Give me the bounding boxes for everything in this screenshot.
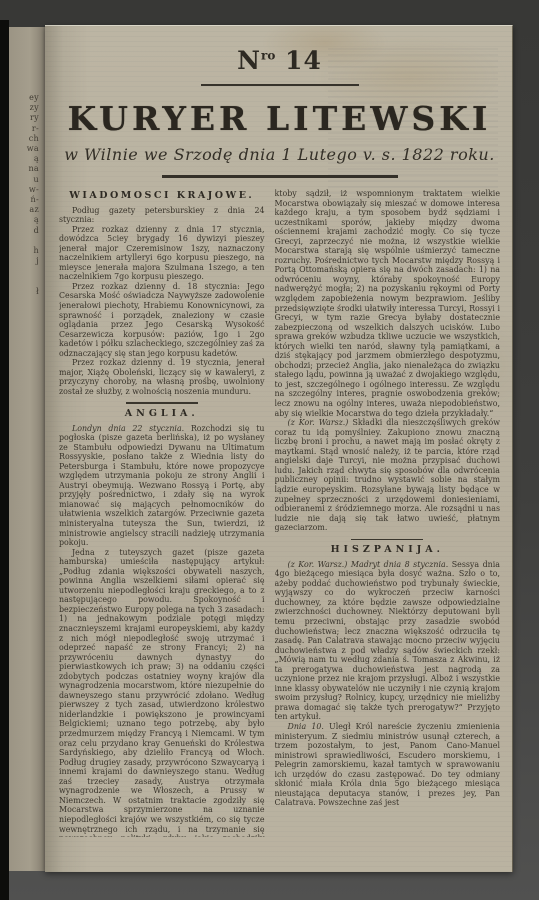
news-paragraph: Przez rozkaz dzienny z dnia 17 stycznia,… [59, 225, 265, 282]
left-column: WIADOMOSCI KRAJOWE. Podług gazety peters… [59, 189, 265, 837]
adjacent-page-text-fragments: ey zy ry r- ch wa ą na u w- ń- az ą d h … [27, 93, 39, 297]
issue-superscript: ro [261, 49, 275, 63]
masthead-divider-thick [162, 175, 398, 178]
dateline-lead: Londyn dnia 22 stycznia. [72, 424, 184, 433]
correspondent-lead: (z Kor. Warsz.) [288, 418, 349, 427]
news-paragraph: Podług gazety petersburskiey z dnia 24 s… [59, 206, 265, 225]
section-heading-hiszpanija: HISZPANIJA. [275, 545, 500, 555]
section-heading-anglia: ANGLIA. [59, 409, 265, 419]
newspaper-title: KURYER LITEWSKI [59, 99, 500, 138]
news-paragraph: Przez rozkaz dzienny d. 19 stycznia, jen… [59, 358, 265, 396]
paragraph-text: Rozchodzi się tu pogłoska (pisze gazeta … [59, 424, 265, 548]
news-paragraph: (z Kor. Warsz.) Składki dla nieszczęśliw… [275, 418, 500, 533]
news-paragraph: Przez rozkaz dzienny d. 18 stycznia: Jeg… [59, 282, 265, 358]
section-divider [126, 402, 198, 404]
right-column: ktoby sądził, iż wspomnionym traktatem w… [275, 189, 500, 837]
section-divider [351, 539, 423, 541]
adjacent-page-sliver: ey zy ry r- ch wa ą na u w- ń- az ą d h … [9, 27, 47, 871]
book-spine-edge [0, 20, 9, 900]
article-columns: WIADOMOSCI KRAJOWE. Podług gazety peters… [59, 189, 500, 837]
scan-backdrop: ey zy ry r- ch wa ą na u w- ń- az ą d h … [0, 0, 539, 900]
paragraph-text: Składki dla nieszczęśliwych greków coraz… [275, 418, 500, 532]
news-paragraph: Londyn dnia 22 stycznia. Rozchodzi się t… [59, 424, 265, 548]
news-paragraph: Dnia 10. Uległ Król nareście życzeniu zm… [275, 722, 500, 808]
masthead: Nro 14 KURYER LITEWSKI w Wilnie we Srzod… [59, 46, 500, 178]
dateline-lead: Dnia 10. [288, 722, 324, 731]
news-paragraph: (z Kor. Warsz.) Madryt dnia 8 stycznia. … [275, 560, 500, 722]
paragraph-text: Uległ Król nareście życzeniu zmienienia … [275, 722, 500, 807]
newspaper-page: Nro 14 KURYER LITEWSKI w Wilnie we Srzod… [45, 25, 513, 872]
news-paragraph-continuation: ktoby sądził, iż wspomnionym traktatem w… [275, 189, 500, 418]
dateline: w Wilnie we Srzodę dnia 1 Lutego v. s. 1… [59, 145, 500, 164]
masthead-divider-thin [201, 84, 359, 86]
news-paragraph: Jedna z tuteyszych gazet (pisze gazeta h… [59, 548, 265, 837]
issue-number: 14 [285, 46, 322, 75]
issue-number-line: Nro 14 [59, 46, 500, 75]
paragraph-text: Sessya dnia 4go bieżącego miesiąca była … [275, 560, 500, 722]
section-heading-krajowe: WIADOMOSCI KRAJOWE. [59, 191, 265, 201]
issue-prefix: N [237, 46, 261, 75]
dateline-lead: (z Kor. Warsz.) Madryt dnia 8 stycznia. [288, 560, 449, 569]
